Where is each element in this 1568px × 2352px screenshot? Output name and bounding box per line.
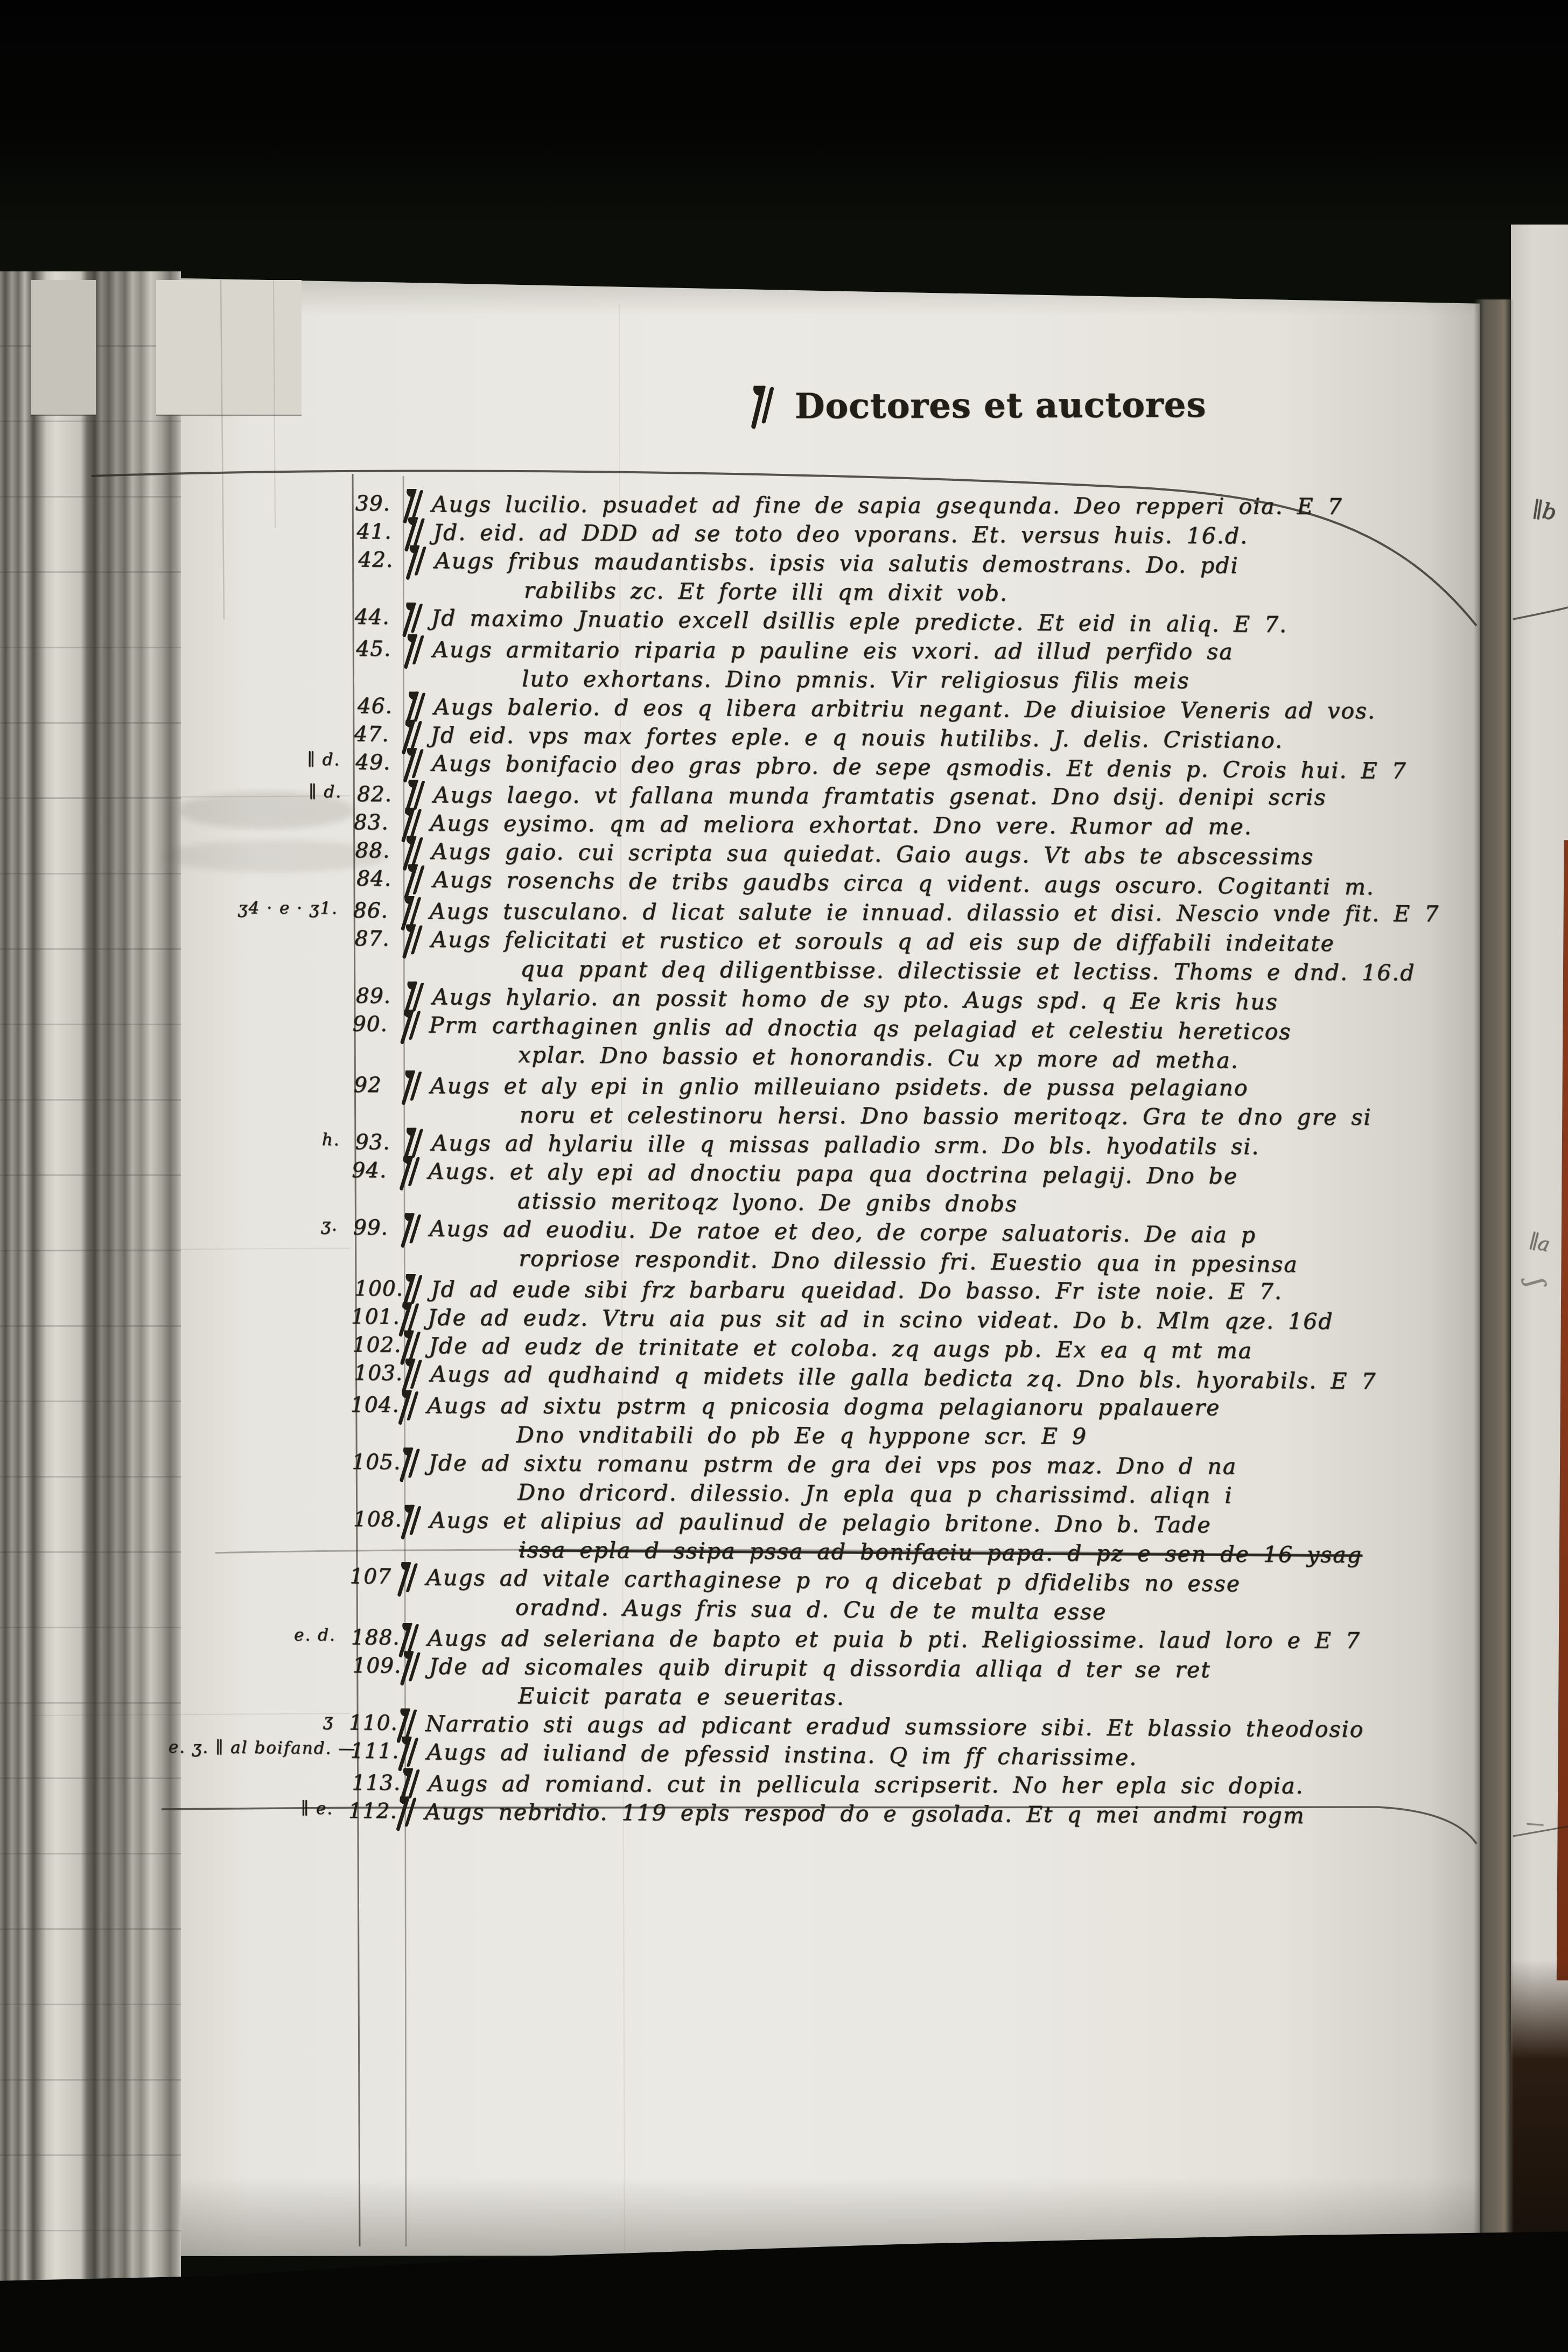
entry-line-text: atissio meritoqz lyono. De gnibs dnobs [517, 1186, 1018, 1219]
entry-row: 45.Augs armitario riparia p pauline eis … [352, 635, 1488, 696]
entry-line: Augs lucilio. psuadet ad fine de sapia g… [404, 489, 1487, 521]
entry-line-text: Dno dricord. dilessio. Jn epla qua p cha… [517, 1478, 1233, 1510]
entry-text: Augs et aly epi in gnlio milleuiano psid… [402, 1071, 1486, 1132]
entry-number: 89. [356, 982, 402, 1011]
entry-line-text: Augs ad sixtu pstrm q pnicosia dogma pel… [427, 1391, 1221, 1422]
entry-line-text: Augs ad hylariu ille q missas palladio s… [432, 1129, 1260, 1161]
page-title: Doctores et auctores [753, 385, 1207, 427]
entry-number: 47. [354, 720, 400, 750]
paragraphus-icon [401, 636, 428, 661]
entry-text: Augs et alipius ad paulinud de pelagio b… [401, 1506, 1485, 1570]
entry-number: 84. [356, 864, 403, 894]
entry-line-text: Jd. eid. ad DDD ad se toto deo vporans. … [433, 518, 1248, 551]
paragraphus-icon [398, 810, 425, 835]
entry-line-text: Jd ad eude sibi frz barbaru queidad. Do … [431, 1275, 1283, 1306]
margin-annotation: ∥ d. [173, 749, 340, 769]
entry-line-text: Augs armitario riparia p pauline eis vxo… [432, 635, 1234, 666]
entry-text: Augs fribus maudantisbs. ipsis via salut… [407, 546, 1490, 611]
entry-number: 45. [356, 635, 402, 664]
entry-line-text: Augs. et aly epi ad dnoctiu papa qua doc… [428, 1157, 1238, 1191]
paragraphus-icon [402, 694, 429, 718]
entry-number: 46. [358, 692, 404, 721]
entry-text: Jde ad sicomales quib dirupit q dissordi… [401, 1651, 1484, 1714]
entry-list: 39.Augs lucilio. psuadet ad fine de sapi… [344, 488, 1487, 1831]
paragraphus-icon [400, 1130, 427, 1154]
entry-row: ʒ4 · e · ʒ1.86.Augs tusculano. d licat s… [349, 897, 1485, 929]
leaf-corner [156, 280, 302, 415]
entry-text: Augs ad romiand. cut in pellicula scrips… [400, 1769, 1483, 1801]
entry-row: 104.Augs ad sixtu pstrm q pnicosia dogma… [346, 1391, 1482, 1452]
paragraphus-icon [397, 1012, 424, 1037]
entry-number: 102. [352, 1331, 398, 1360]
entry-row: 92Augs et aly epi in gnlio milleuiano ps… [349, 1071, 1486, 1132]
entry-line-wrap: Dno vnditabili do pb Ee q hyppone scr. E… [399, 1420, 1482, 1452]
entry-text: Augs ad euodiu. De ratoe et deo, de corp… [401, 1214, 1485, 1280]
entry-number: 82. [357, 780, 403, 809]
entry-row: 39.Augs lucilio. psuadet ad fine de sapi… [351, 489, 1487, 522]
entry-line: Jde ad sixtu romanu pstrm de gra dei vps… [400, 1448, 1483, 1482]
entry-line: Augs et aly epi in gnlio milleuiano psid… [402, 1071, 1486, 1103]
entry-number: 107 [349, 1562, 396, 1592]
entry-row: ∥ d.82.Augs laego. vt fallana munda fram… [353, 780, 1489, 813]
entry-number: 44. [355, 603, 401, 632]
entry-line-text: Jde ad sixtu romanu pstrm de gra dei vps… [428, 1448, 1237, 1481]
entry-row: 109.Jde ad sicomales quib dirupit q diss… [348, 1651, 1484, 1714]
entry-line-text: ropriose respondit. Dno dilessio fri. Eu… [519, 1244, 1298, 1279]
entry-text: Augs ad vitale carthaginese p ro q diceb… [398, 1563, 1482, 1629]
entry-line-text: Augs eysimo. qm ad meliora exhortat. Dno… [430, 809, 1252, 842]
entry-row: 90.Prm carthaginen gnlis ad dnoctia qs p… [348, 1010, 1485, 1077]
margin-annotation: ∥ e. [166, 1798, 333, 1818]
entry-line-text: Euicit parata e seueritas. [518, 1681, 845, 1712]
entry-number: 108. [353, 1505, 400, 1535]
margin-annotation: ʒ [167, 1710, 334, 1730]
paragraphus-icon [401, 866, 428, 891]
paragraphus-icon [400, 750, 427, 775]
entry-number: 87. [354, 925, 401, 954]
entry-row: 100.Jd ad eude sibi frz barbaru queidad.… [350, 1275, 1486, 1307]
entry-number: 103. [354, 1359, 400, 1388]
entry-line-wrap: luto exhortans. Dino pmnis. Vir religios… [404, 664, 1488, 696]
entry-number: 109. [352, 1651, 398, 1681]
entry-line: Augs armitario riparia p pauline eis vxo… [404, 635, 1488, 667]
entry-line-text: rabilibs zc. Et forte illi qm dixit vob. [524, 576, 1008, 607]
entry-line-text: luto exhortans. Dino pmnis. Vir religios… [522, 664, 1189, 695]
entry-line-text: Augs balerio. d eos q libera arbitriu ne… [434, 692, 1376, 726]
entry-number: 94. [352, 1156, 398, 1186]
page-title-text: Doctores et auctores [795, 385, 1207, 427]
entry-text: Jd ad eude sibi frz barbaru queidad. Do … [403, 1275, 1486, 1306]
paragraphus-icon [396, 1158, 423, 1183]
entry-line: Jd ad eude sibi frz barbaru queidad. Do … [403, 1275, 1486, 1306]
paragraphus-icon [400, 605, 426, 629]
entry-number: 110. [349, 1709, 395, 1738]
entry-line-text: Jde ad sicomales quib dirupit q dissordi… [429, 1652, 1210, 1684]
entry-line-text: Augs felicitati et rustico et sorouls q … [431, 925, 1335, 958]
entry-number: 49. [355, 748, 402, 778]
entry-number: 112. [348, 1797, 395, 1826]
entry-row: 107Augs ad vitale carthaginese p ro q di… [345, 1562, 1482, 1629]
entry-number: 88. [355, 836, 401, 866]
paragraphus-icon [402, 782, 429, 807]
entry-number: 39. [355, 489, 402, 519]
margin-annotation: e. d. [169, 1625, 336, 1645]
entry-line-text: Augs laego. vt fallana munda framtatis g… [433, 780, 1327, 811]
margin-annotation: h. [173, 1129, 340, 1149]
entry-row: 113.Augs ad romiand. cut in pellicula sc… [347, 1769, 1483, 1801]
entry-text: Augs felicitati et rustico et sorouls q … [403, 925, 1486, 988]
entry-text: Augs ad sixtu pstrm q pnicosia dogma pel… [399, 1391, 1482, 1452]
entry-line: Augs tusculano. d licat salute ie innuad… [402, 897, 1485, 928]
entry-row: 87.Augs felicitati et rustico et sorouls… [350, 925, 1486, 988]
entry-text: Augs. et aly epi ad dnoctiu papa qua doc… [400, 1157, 1484, 1221]
entry-row: e. d.188.Augs ad seleriana de bapto et p… [347, 1623, 1483, 1656]
paragraphus-icon [400, 491, 427, 516]
entry-number: 111. [351, 1737, 397, 1766]
entry-line-text: Augs ad romiand. cut in pellicula scrips… [428, 1769, 1304, 1800]
entry-row: 94.Augs. et aly epi ad dnoctiu papa qua … [347, 1156, 1484, 1221]
entry-line: Augs laego. vt fallana munda framtatis g… [405, 780, 1489, 812]
entry-number: 101. [351, 1303, 397, 1332]
entry-text: Augs lucilio. psuadet ad fine de sapia g… [404, 489, 1487, 521]
entry-row: ∥ e.112.Augs nebridio. 119 epls respod d… [344, 1797, 1480, 1831]
facing-page-text-fragment: ∥b [1531, 497, 1558, 525]
paragraphus-icon [401, 984, 428, 1009]
entry-line-text: Augs et alipius ad paulinud de pelagio b… [430, 1506, 1212, 1539]
entry-number: 100. [354, 1275, 401, 1304]
paragraphus-icon [401, 519, 428, 544]
entry-text: Augs nebridio. 119 epls respod do e gsol… [397, 1797, 1480, 1831]
entry-line-text: Jde ad eudz. Vtru aia pus sit ad in scin… [428, 1303, 1334, 1336]
entry-text: Augs ad seleriana de bapto et puia b pti… [400, 1623, 1483, 1655]
entry-line-text: Augs et aly epi in gnlio milleuiano psid… [430, 1071, 1249, 1102]
facing-page-text-fragment: — [1525, 1812, 1545, 1835]
entry-text: Augs laego. vt fallana munda framtatis g… [405, 780, 1489, 812]
margin-annotation: e. ʒ. ∥ al boifand. — [169, 1738, 335, 1758]
entry-number: 99. [353, 1213, 400, 1243]
entry-line-text: Jd maximo Jnuatio excell dsillis eple pr… [431, 603, 1288, 639]
entry-row: ʒ.99.Augs ad euodiu. De ratoe et deo, de… [348, 1213, 1485, 1280]
entry-line-wrap: noru et celestinoru hersi. Dno bassio me… [402, 1100, 1486, 1132]
entry-text: Prm carthaginen gnlis ad dnoctia qs pela… [401, 1010, 1485, 1077]
facing-page-shadow [1511, 1960, 1568, 2243]
entry-number: 92 [354, 1071, 400, 1100]
entry-line-text: Augs ad iuliand de pfessid instina. Q im… [427, 1737, 1138, 1772]
entry-number: 90. [353, 1010, 399, 1039]
entry-number: 113. [352, 1769, 398, 1798]
manuscript-photo: Doctores et auctores 39.Augs lucilio. ps… [0, 0, 1568, 2352]
leaf-corner [31, 280, 96, 415]
entry-line-text: oradnd. Augs fris sua d. Cu de te multa … [515, 1593, 1107, 1627]
entry-line-text: qua ppant deq diligentbisse. dilectissie… [520, 954, 1415, 987]
entry-number: 104. [351, 1391, 397, 1420]
entry-line: Augs nebridio. 119 epls respod do e gsol… [397, 1797, 1480, 1831]
margin-annotation: ʒ4 · e · ʒ1. [171, 898, 338, 918]
paragraphus-icon [398, 1215, 425, 1240]
paragraphus-icon [398, 722, 425, 747]
margin-annotation: ʒ. [171, 1214, 338, 1235]
entry-line: Augs felicitati et rustico et sorouls q … [403, 925, 1486, 958]
entry-line-text: Augs fribus maudantisbs. ipsis via salut… [435, 546, 1239, 580]
entry-text: Augs tusculano. d licat salute ie innuad… [402, 897, 1485, 928]
entry-line-text: Augs nebridio. 119 epls respod do e gsol… [425, 1797, 1305, 1830]
entry-number: 86. [353, 897, 400, 926]
entry-number: 105. [352, 1448, 398, 1477]
entry-row: 105.Jde ad sixtu romanu pstrm de gra dei… [347, 1448, 1483, 1511]
entry-line: Augs ad sixtu pstrm q pnicosia dogma pel… [399, 1391, 1482, 1423]
entry-line-text: Augs ad seleriana de bapto et puia b pti… [428, 1623, 1361, 1655]
entry-row: 42.Augs fribus maudantisbs. ipsis via sa… [354, 545, 1490, 611]
paragraphus-icon [403, 548, 430, 572]
entry-text: Augs armitario riparia p pauline eis vxo… [404, 635, 1488, 696]
paragraphus-icon [399, 926, 426, 951]
entry-line-text: Dno vnditabili do pb Ee q hyppone scr. E… [516, 1420, 1087, 1451]
entry-line-text: xplar. Dno bassio et honorandis. Cu xp m… [518, 1040, 1239, 1075]
entry-line: Jde ad sicomales quib dirupit q dissordi… [401, 1651, 1484, 1685]
entry-line: Augs ad seleriana de bapto et puia b pti… [400, 1623, 1483, 1655]
entry-line-text: noru et celestinoru hersi. Dno bassio me… [520, 1101, 1372, 1132]
entry-number: 41. [356, 517, 403, 547]
paragraphus-icon [398, 898, 425, 923]
entry-row: 108.Augs et alipius ad paulinud de pelag… [348, 1505, 1485, 1570]
paragraphus-icon [398, 1073, 425, 1097]
entry-number: 93. [355, 1128, 402, 1157]
entry-number: 188. [351, 1623, 397, 1653]
entry-number: 42. [358, 545, 404, 575]
book-fore-edge-stack [0, 271, 181, 2296]
entry-line: Augs ad romiand. cut in pellicula scrips… [400, 1769, 1483, 1801]
margin-annotation: ∥ d. [175, 782, 342, 802]
paragraphus-icon [400, 838, 426, 863]
entry-line-text: Augs tusculano. d licat salute ie innuad… [430, 897, 1440, 928]
entry-text: Jde ad sixtu romanu pstrm de gra dei vps… [400, 1448, 1483, 1511]
entry-number: 83. [354, 808, 400, 837]
entry-line-text: Augs lucilio. psuadet ad fine de sapia g… [432, 489, 1343, 521]
paragraphus-icon [394, 1564, 421, 1589]
